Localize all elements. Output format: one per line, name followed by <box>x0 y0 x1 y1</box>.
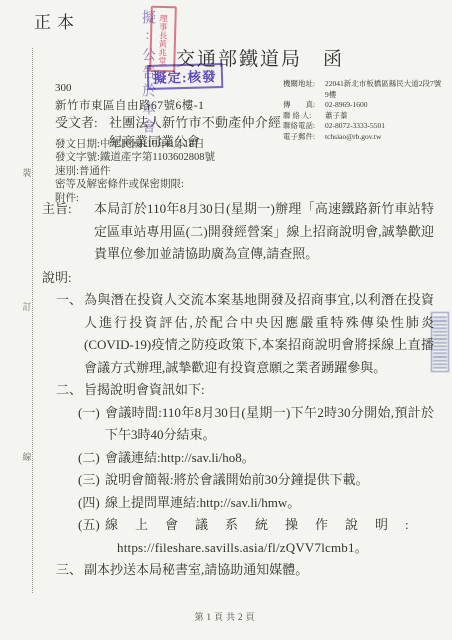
sub-item-2-number: (二) <box>78 447 105 470</box>
document-title: 交通部鐵道局 函 <box>176 44 344 71</box>
binding-mark-zhuang: 裝 <box>21 166 33 179</box>
sub-item-3-number: (三) <box>78 469 105 492</box>
sub-item-4: (四) 線上提問單連結:http://sav.li/hmw。 <box>78 492 434 515</box>
sub-item-5: (五) 線上會議系統操作說明: <box>78 514 434 537</box>
agency-address-value: 22041新北市板橋區縣民大道2段7號9樓 <box>325 79 443 100</box>
postal-code: 300 <box>55 82 72 94</box>
issue-date-row: 發文日期:中華民國110年8月18日 <box>55 138 215 151</box>
explanation-item-2: 二、 旨揭說明會資訊如下: <box>56 379 434 402</box>
item-2-number: 二、 <box>56 379 84 402</box>
item-1-number: 一、 <box>56 289 84 379</box>
email-row: 電子郵件: tchsiao@rb.gov.tw <box>283 132 448 143</box>
binding-mark-ding: 訂 <box>21 300 33 313</box>
subject-text: 本局訂於110年8月30日(星期一)辦理「高速鐵路新竹車站特定區車站專用區(二)… <box>94 198 434 266</box>
agency-address-row: 機關地址: 22041新北市板橋區縣民大道2段7號9樓 <box>283 79 448 100</box>
fax-value: 02-8969-1600 <box>325 100 443 111</box>
sub-item-5-title: 線上會議系統操作說明: <box>105 514 434 537</box>
classification-row: 密等及解密條件或保密期限: <box>55 178 215 191</box>
doc-number-label: 發文字號: <box>55 152 100 163</box>
agency-address-label: 機關地址: <box>283 79 325 100</box>
subject-row: 主旨: 本局訂於110年8月30日(星期一)辦理「高速鐵路新竹車站特定區車站專用… <box>42 198 434 266</box>
document-meta-block: 發文日期:中華民國110年8月18日 發文字號:鐵道產字第1103602808號… <box>55 138 215 205</box>
sub-item-4-number: (四) <box>78 492 105 515</box>
sub-item-5-title-text: 線上會議系統操作說明: <box>105 517 426 532</box>
email-value: tchsiao@rb.gov.tw <box>325 132 443 143</box>
sub-item-3: (三) 說明會簡報:將於會議開始前30分鐘提供下載。 <box>78 469 434 492</box>
contact-phone-row: 聯絡電話: 02-8072-3333-5501 <box>283 121 448 132</box>
official-letter-page: 裝 訂 線 正本 擬:公告於本會 理事長黃兆堂 擬定:核發 交通部鐵道局 函 機… <box>0 0 452 640</box>
street-address: 新竹市東區自由路67號6樓-1 <box>55 97 204 113</box>
speed-label: 速別: <box>55 166 79 177</box>
explanation-label: 說明: <box>42 267 434 290</box>
contact-person-label: 聯 絡 人: <box>283 111 325 122</box>
fax-row: 傳 真: 02-8969-1600 <box>283 100 448 111</box>
speed-row: 速別:普通件 <box>55 165 215 178</box>
speed-value: 普通件 <box>79 166 111 177</box>
item-2-text: 旨揭說明會資訊如下: <box>84 379 434 402</box>
contact-phone-label: 聯絡電話: <box>283 121 325 132</box>
issue-date-value: 中華民國110年8月18日 <box>100 139 205 150</box>
copy-type-label: 正本 <box>34 8 80 33</box>
contact-phone-value: 02-8072-3333-5501 <box>325 121 443 132</box>
fax-label: 傳 真: <box>283 100 325 111</box>
binding-dotted-line <box>32 48 33 593</box>
sub-item-2: (二) 會議連結:http://sav.li/ho8。 <box>78 447 434 470</box>
issue-date-label: 發文日期: <box>55 139 100 150</box>
email-label: 電子郵件: <box>283 132 325 143</box>
sub-item-1-text: 會議時間:110年8月30日(星期一)下午2時30分開始,預計於下午3時40分結… <box>105 402 434 447</box>
sub-item-2-text: 會議連結:http://sav.li/ho8。 <box>105 447 434 470</box>
explanation-item-1: 一、 為與潛在投資人交流本案基地開發及招商事宜,以利潛在投資人進行投資評估,於配… <box>56 289 434 379</box>
doc-number-row: 發文字號:鐵道產字第1103602808號 <box>55 151 215 164</box>
agency-info-block: 機關地址: 22041新北市板橋區縣民大道2段7號9樓 傳 真: 02-8969… <box>283 79 448 142</box>
sub-item-5-url: https://fileshare.savills.asia/fl/zQVV7l… <box>117 537 434 560</box>
sub-item-4-text: 線上提問單連結:http://sav.li/hmw。 <box>105 492 434 515</box>
doc-number-value: 鐵道產字第1103602808號 <box>100 152 215 163</box>
chairman-seal-stamp: 理事長黃兆堂 <box>149 6 177 73</box>
subject-label: 主旨: <box>42 198 94 266</box>
contact-person-row: 聯 絡 人: 蕭子蓁 <box>283 111 448 122</box>
sub-item-1: (一) 會議時間:110年8月30日(星期一)下午2時30分開始,預計於下午3時… <box>78 402 434 447</box>
item-1-text: 為與潛在投資人交流本案基地開發及招商事宜,以利潛在投資人進行投資評估,於配合中央… <box>84 289 434 379</box>
item-3-text: 副本抄送本局秘書室,請協助通知媒體。 <box>84 559 434 582</box>
sub-item-5-number: (五) <box>78 514 105 537</box>
sub-item-1-number: (一) <box>78 402 105 447</box>
item-3-number: 三、 <box>56 559 84 582</box>
letter-body: 主旨: 本局訂於110年8月30日(星期一)辦理「高速鐵路新竹車站特定區車站專用… <box>42 198 434 582</box>
classification-label: 密等及解密條件或保密期限: <box>55 179 184 190</box>
binding-mark-xian: 線 <box>21 450 33 463</box>
sub-item-3-text: 說明會簡報:將於會議開始前30分鐘提供下載。 <box>105 469 434 492</box>
page-number: 第1頁共2頁 <box>0 610 452 623</box>
explanation-item-3: 三、 副本抄送本局秘書室,請協助通知媒體。 <box>56 559 434 582</box>
contact-person-value: 蕭子蓁 <box>325 111 443 122</box>
